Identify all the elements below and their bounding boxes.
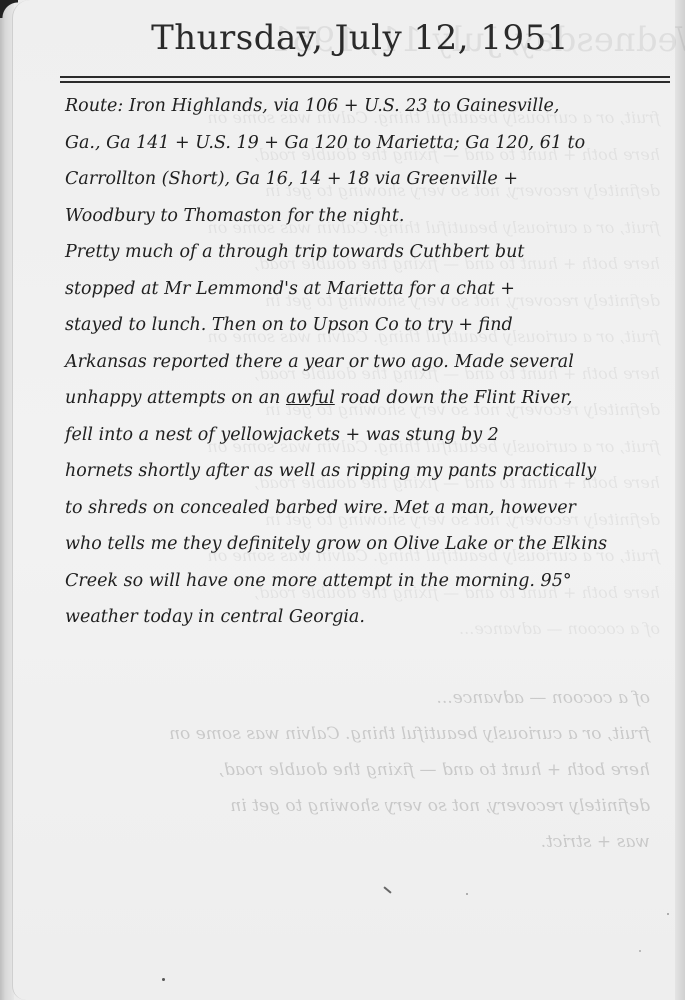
page-right-edge [675,0,685,1000]
entry-line: Carrollton (Short), Ga 16, 14 + 18 via G… [65,161,675,198]
entry-line: Route: Iron Highlands, via 106 + U.S. 23… [65,88,675,125]
diary-page: Wednesday, July 11, 1951 Thursday, July … [0,0,685,1000]
paper-speck [466,893,468,895]
entry-line: Creek so will have one more attempt in t… [65,563,675,600]
header-rule-top [60,76,670,78]
entry-line: hornets shortly after as well as ripping… [65,453,675,490]
entry-line: stopped at Mr Lemmond's at Marietta for … [65,271,675,308]
paper-speck [639,950,641,952]
entry-line: stayed to lunch. Then on to Upson Co to … [65,307,675,344]
entry-line: unhappy attempts on an awful road down t… [65,380,675,417]
paper-speck [162,978,165,981]
entry-line: Ga., Ga 141 + U.S. 19 + Ga 120 to Mariet… [65,125,675,162]
entry-line: to shreds on concealed barbed wire. Met … [65,490,675,527]
paper-speck [667,913,669,915]
underlined-word: awful [286,388,335,408]
diary-entry: Route: Iron Highlands, via 106 + U.S. 23… [65,88,675,636]
entry-line: Arkansas reported there a year or two ag… [65,344,675,381]
header-rule-bottom [60,81,670,83]
page-date-heading: Thursday, July 12, 1951 [0,18,685,58]
entry-line: Pretty much of a through trip towards Cu… [65,234,675,271]
entry-line: Woodbury to Thomaston for the night. [65,198,675,235]
entry-line: fell into a nest of yellowjackets + was … [65,417,675,454]
entry-line: who tells me they definitely grow on Oli… [65,526,675,563]
entry-line: weather today in central Georgia. [65,599,675,636]
